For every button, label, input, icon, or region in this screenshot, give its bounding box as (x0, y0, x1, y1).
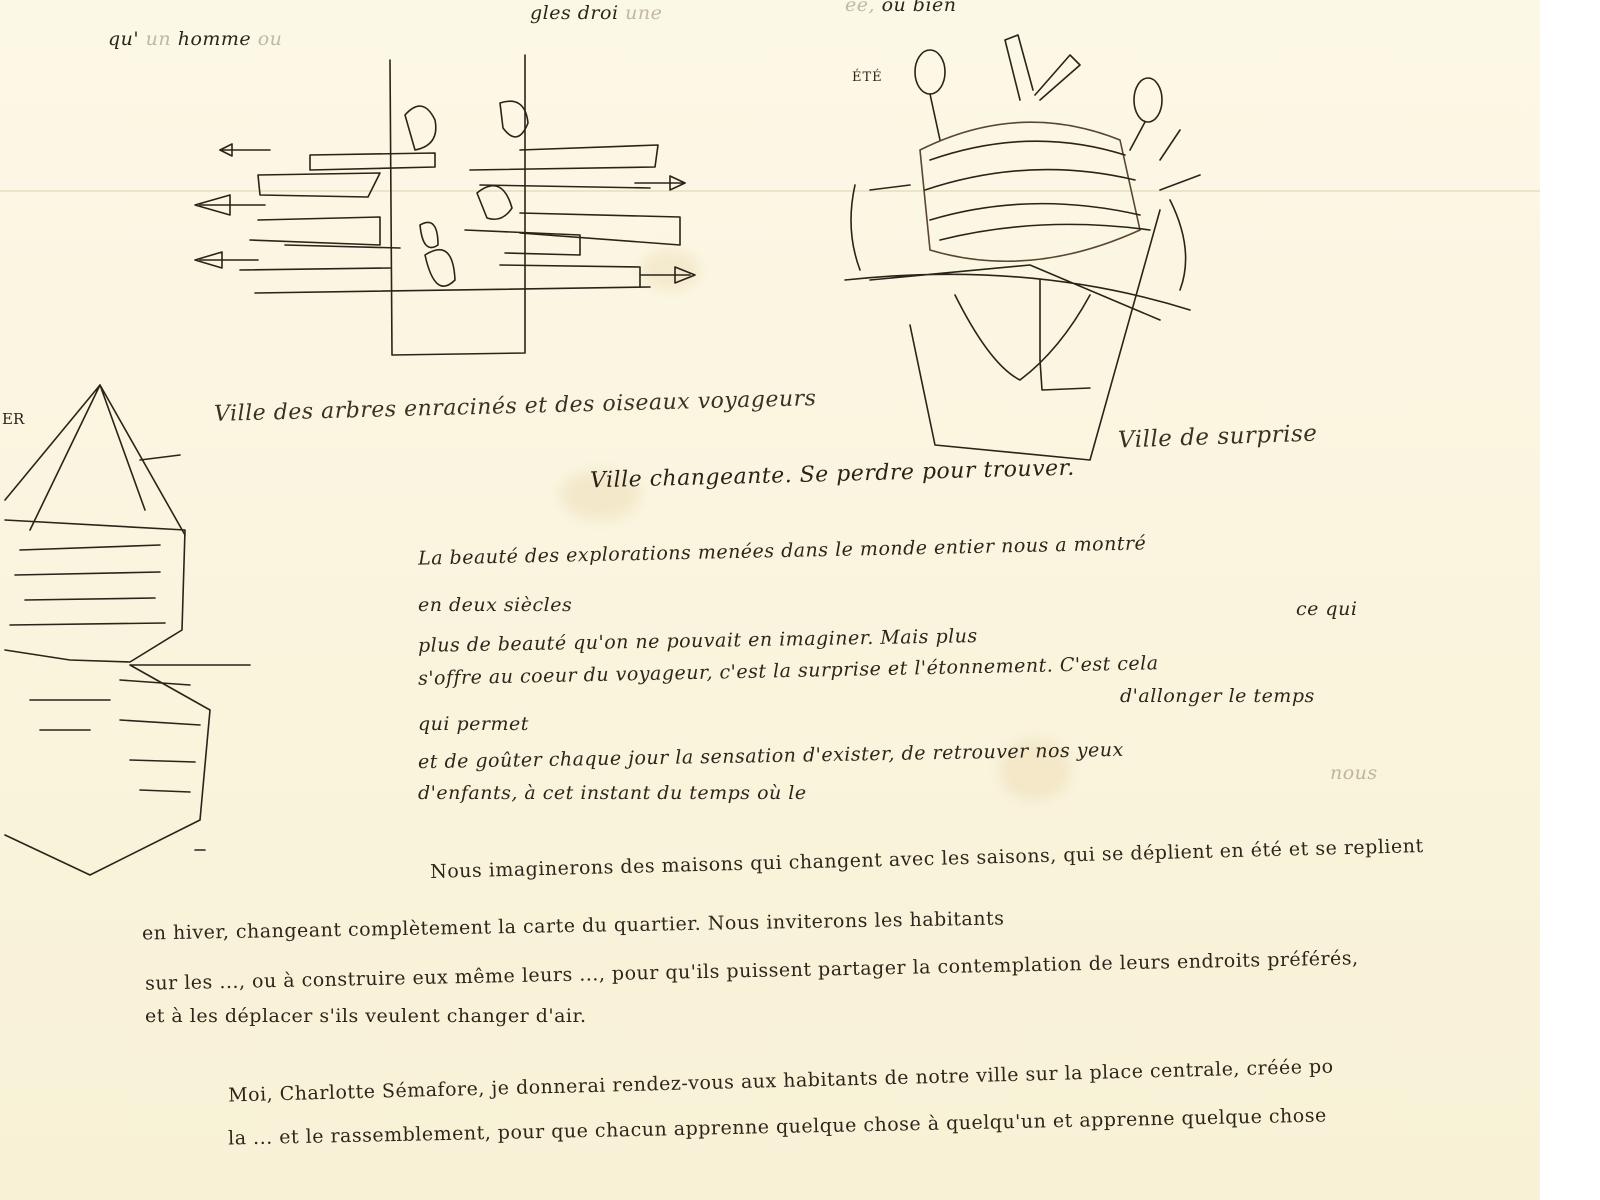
surprise-city-sketch (830, 30, 1230, 470)
page-margin (1540, 0, 1600, 1200)
top-fragment-middle: gles droi une (530, 2, 662, 24)
text-fragment: qu' (108, 28, 139, 50)
winter-city-sketch (0, 380, 240, 880)
paragraph-line-right: nous (1330, 762, 1378, 784)
top-fragment-left: qu' un homme ou (108, 28, 282, 50)
paragraph-line-right: ce qui (1296, 598, 1357, 620)
paragraph-line-right: d'allonger le temps (1120, 685, 1315, 707)
text-fragment: gles droi (530, 2, 619, 24)
top-fragment-right: ée, ou bien (845, 0, 957, 16)
text-fragment: ou bien (882, 0, 957, 16)
paragraph-line: qui permet (418, 713, 529, 735)
text-fragment: une (625, 2, 662, 24)
paragraph-line: et à les déplacer s'ils veulent changer … (145, 1005, 587, 1027)
text-fragment: homme (178, 28, 251, 50)
paragraph-line: d'enfants, à cet instant du temps où le (418, 782, 807, 804)
paragraph-line: en deux siècles (418, 594, 572, 616)
text-fragment: ou (258, 28, 283, 50)
trees-city-sketch (180, 55, 720, 375)
